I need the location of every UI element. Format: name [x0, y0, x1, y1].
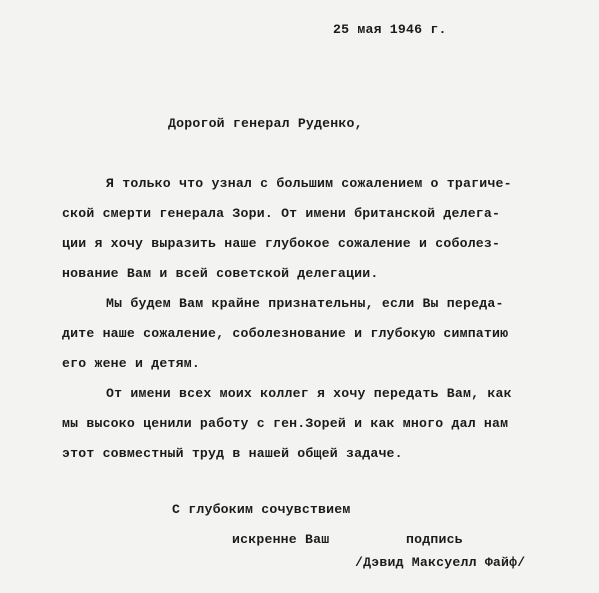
paragraph-2-line-3: его жене и детям.: [62, 356, 200, 372]
paragraph-1-line-4: нование Вам и всей советской делегации.: [62, 266, 378, 282]
signature-note: подпись: [406, 532, 463, 548]
salutation: Дорогой генерал Руденко,: [168, 116, 363, 132]
paragraph-3-line-2: мы высоко ценили работу с ген.Зорей и ка…: [62, 416, 508, 432]
letter-page: 25 мая 1946 г. Дорогой генерал Руденко, …: [0, 0, 599, 593]
paragraph-2-line-2: дите наше сожаление, соболезнование и гл…: [62, 326, 508, 342]
sincerely: искренне Ваш: [232, 532, 329, 548]
signatory-name: /Дэвид Максуелл Файф/: [355, 555, 525, 571]
paragraph-1-line-3: ции я хочу выразить наше глубокое сожале…: [62, 236, 500, 252]
paragraph-1-line-2: ской смерти генерала Зори. От имени брит…: [62, 206, 500, 222]
paragraph-2-line-1: Мы будем Вам крайне признательны, если В…: [106, 296, 504, 312]
closing: С глубоким сочувствием: [172, 502, 351, 518]
letter-date: 25 мая 1946 г.: [333, 22, 447, 38]
paragraph-1-line-1: Я только что узнал с большим сожалением …: [106, 176, 512, 192]
paragraph-3-line-3: этот совместный труд в нашей общей задач…: [62, 446, 403, 462]
paragraph-3-line-1: От имени всех моих коллег я хочу передат…: [106, 386, 512, 402]
